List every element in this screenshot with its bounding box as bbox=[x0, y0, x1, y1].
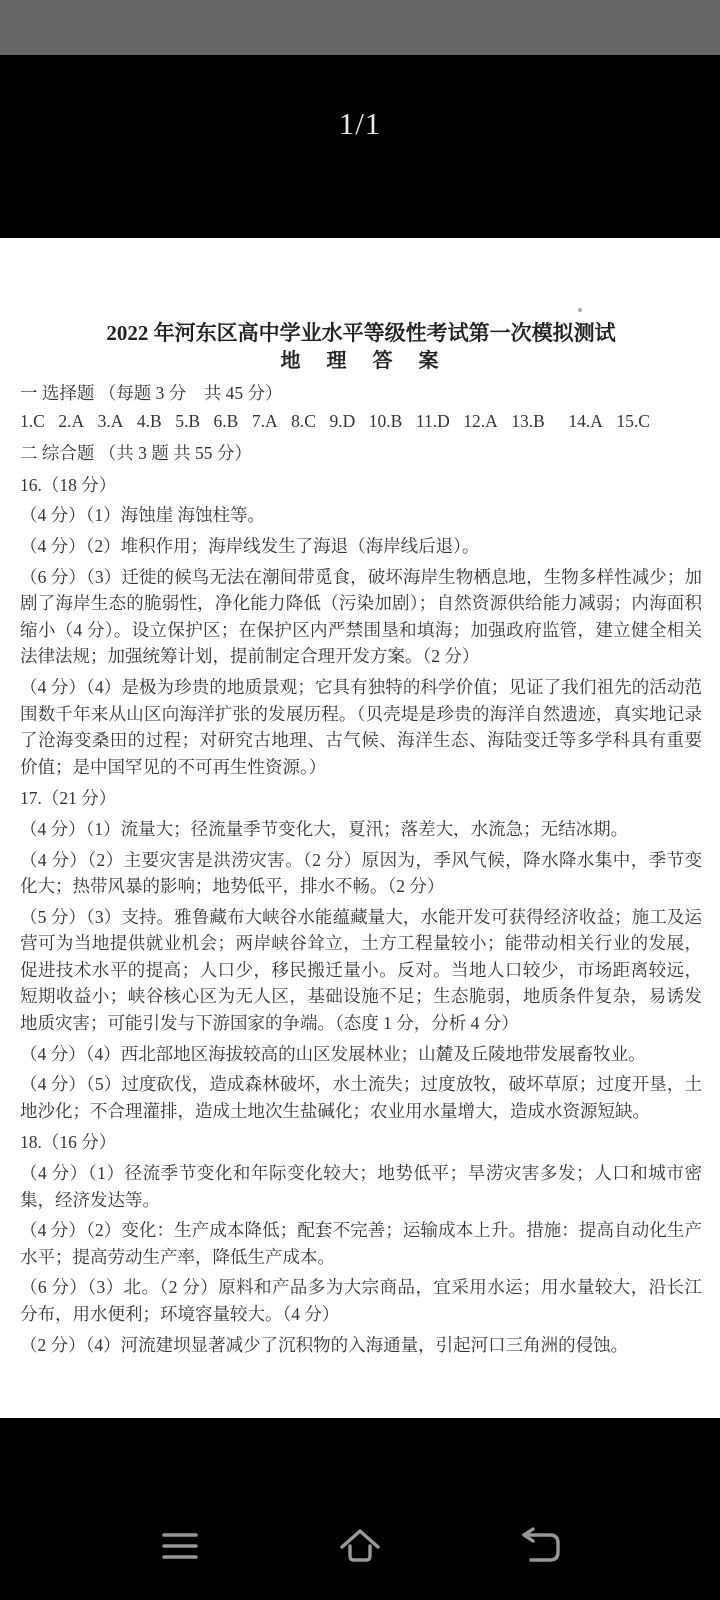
mc-answer: 9.D bbox=[329, 408, 355, 435]
back-button[interactable] bbox=[450, 1510, 630, 1582]
multiple-choice-answers: 1.C2.A3.A4.B5.B6.B7.A8.C9.D10.B11.D12.A1… bbox=[20, 408, 650, 435]
question-number: 16.（18 分） bbox=[20, 472, 702, 499]
mc-answer: 11.D bbox=[416, 408, 450, 435]
section-1-header: 一 选择题 （每题 3 分 共 45 分） bbox=[20, 380, 702, 407]
mc-answer: 8.C bbox=[291, 408, 316, 435]
scan-speck bbox=[578, 308, 582, 312]
document-page[interactable]: 2022 年河东区高中学业水平等级性考试第一次模拟测试 地 理 答 案 一 选择… bbox=[0, 238, 720, 1418]
mc-answer: 15.C bbox=[616, 408, 650, 435]
android-nav-bar bbox=[0, 1492, 720, 1600]
answer-paragraph: （6 分）（3）迁徙的候鸟无法在潮间带觅食，破坏海岸生物栖息地，生物多样性减少；… bbox=[20, 564, 702, 670]
section-2-header: 二 综合题 （共 3 题 共 55 分） bbox=[20, 440, 702, 467]
answer-paragraph: （4 分）（1）海蚀崖 海蚀柱等。 bbox=[20, 502, 702, 529]
answer-content: 16.（18 分）（4 分）（1）海蚀崖 海蚀柱等。（4 分）（2）堆积作用；海… bbox=[20, 472, 702, 1358]
page-indicator: 1/1 bbox=[0, 106, 720, 142]
menu-button[interactable] bbox=[90, 1510, 270, 1582]
answer-paragraph: （4 分）（4）是极为珍贵的地质景观；它具有独特的科学价值；见证了我们祖先的活动… bbox=[20, 674, 702, 780]
answer-paragraph: （4 分）（4）西北部地区海拔较高的山区发展林业；山麓及丘陵地带发展畜牧业。 bbox=[20, 1041, 702, 1068]
mc-answer: 13.B bbox=[511, 408, 545, 435]
back-icon bbox=[517, 1526, 563, 1566]
document-title: 2022 年河东区高中学业水平等级性考试第一次模拟测试 bbox=[20, 320, 702, 346]
mc-answer: 5.B bbox=[175, 408, 200, 435]
document-subtitle: 地 理 答 案 bbox=[20, 348, 702, 374]
answer-paragraph: （4 分）（2）变化：生产成本降低；配套不完善；运输成本上升。措施：提高自动化生… bbox=[20, 1217, 702, 1270]
mc-answer: 3.A bbox=[98, 408, 124, 435]
mc-answer: 4.B bbox=[137, 408, 162, 435]
answer-paragraph: （4 分）（1）径流季节变化和年际变化较大；地势低平；旱涝灾害多发；人口和城市密… bbox=[20, 1160, 702, 1213]
hamburger-icon bbox=[161, 1529, 199, 1563]
answer-paragraph: （2 分）（4）河流建坝显著减少了沉积物的入海通量，引起河口三角洲的侵蚀。 bbox=[20, 1332, 702, 1359]
answer-paragraph: （4 分）（1）流量大；径流量季节变化大，夏汛；落差大，水流急；无结冰期。 bbox=[20, 816, 702, 843]
question-number: 18.（16 分） bbox=[20, 1129, 702, 1156]
answer-paragraph: （4 分）（5）过度砍伐，造成森林破坏，水土流失；过度放牧，破坏草原；过度开垦，… bbox=[20, 1071, 702, 1124]
answer-paragraph: （5 分）（3）支持。雅鲁藏布大峡谷水能蕴藏量大，水能开发可获得经济收益；施工及… bbox=[20, 904, 702, 1037]
answer-paragraph: （4 分）（2）主要灾害是洪涝灾害。（2 分）原因为，季风气候，降水降水集中，季… bbox=[20, 847, 702, 900]
mc-answer: 10.B bbox=[369, 408, 403, 435]
question-number: 17.（21 分） bbox=[20, 785, 702, 812]
status-bar bbox=[0, 0, 720, 55]
phone-screen: 1/1 2022 年河东区高中学业水平等级性考试第一次模拟测试 地 理 答 案 … bbox=[0, 0, 720, 1600]
home-icon bbox=[337, 1526, 383, 1566]
mc-answer: 7.A bbox=[252, 408, 278, 435]
mc-answer: 2.A bbox=[58, 408, 84, 435]
mc-answer: 14.A bbox=[568, 408, 603, 435]
mc-answer: 6.B bbox=[214, 408, 239, 435]
mc-answer: 1.C bbox=[20, 408, 45, 435]
home-button[interactable] bbox=[270, 1510, 450, 1582]
mc-answer: 12.A bbox=[463, 408, 498, 435]
answer-paragraph: （6 分）（3）北。（2 分）原料和产品多为大宗商品，宜采用水运；用水量较大，沿… bbox=[20, 1274, 702, 1327]
answer-paragraph: （4 分）（2）堆积作用；海岸线发生了海退（海岸线后退）。 bbox=[20, 533, 702, 560]
